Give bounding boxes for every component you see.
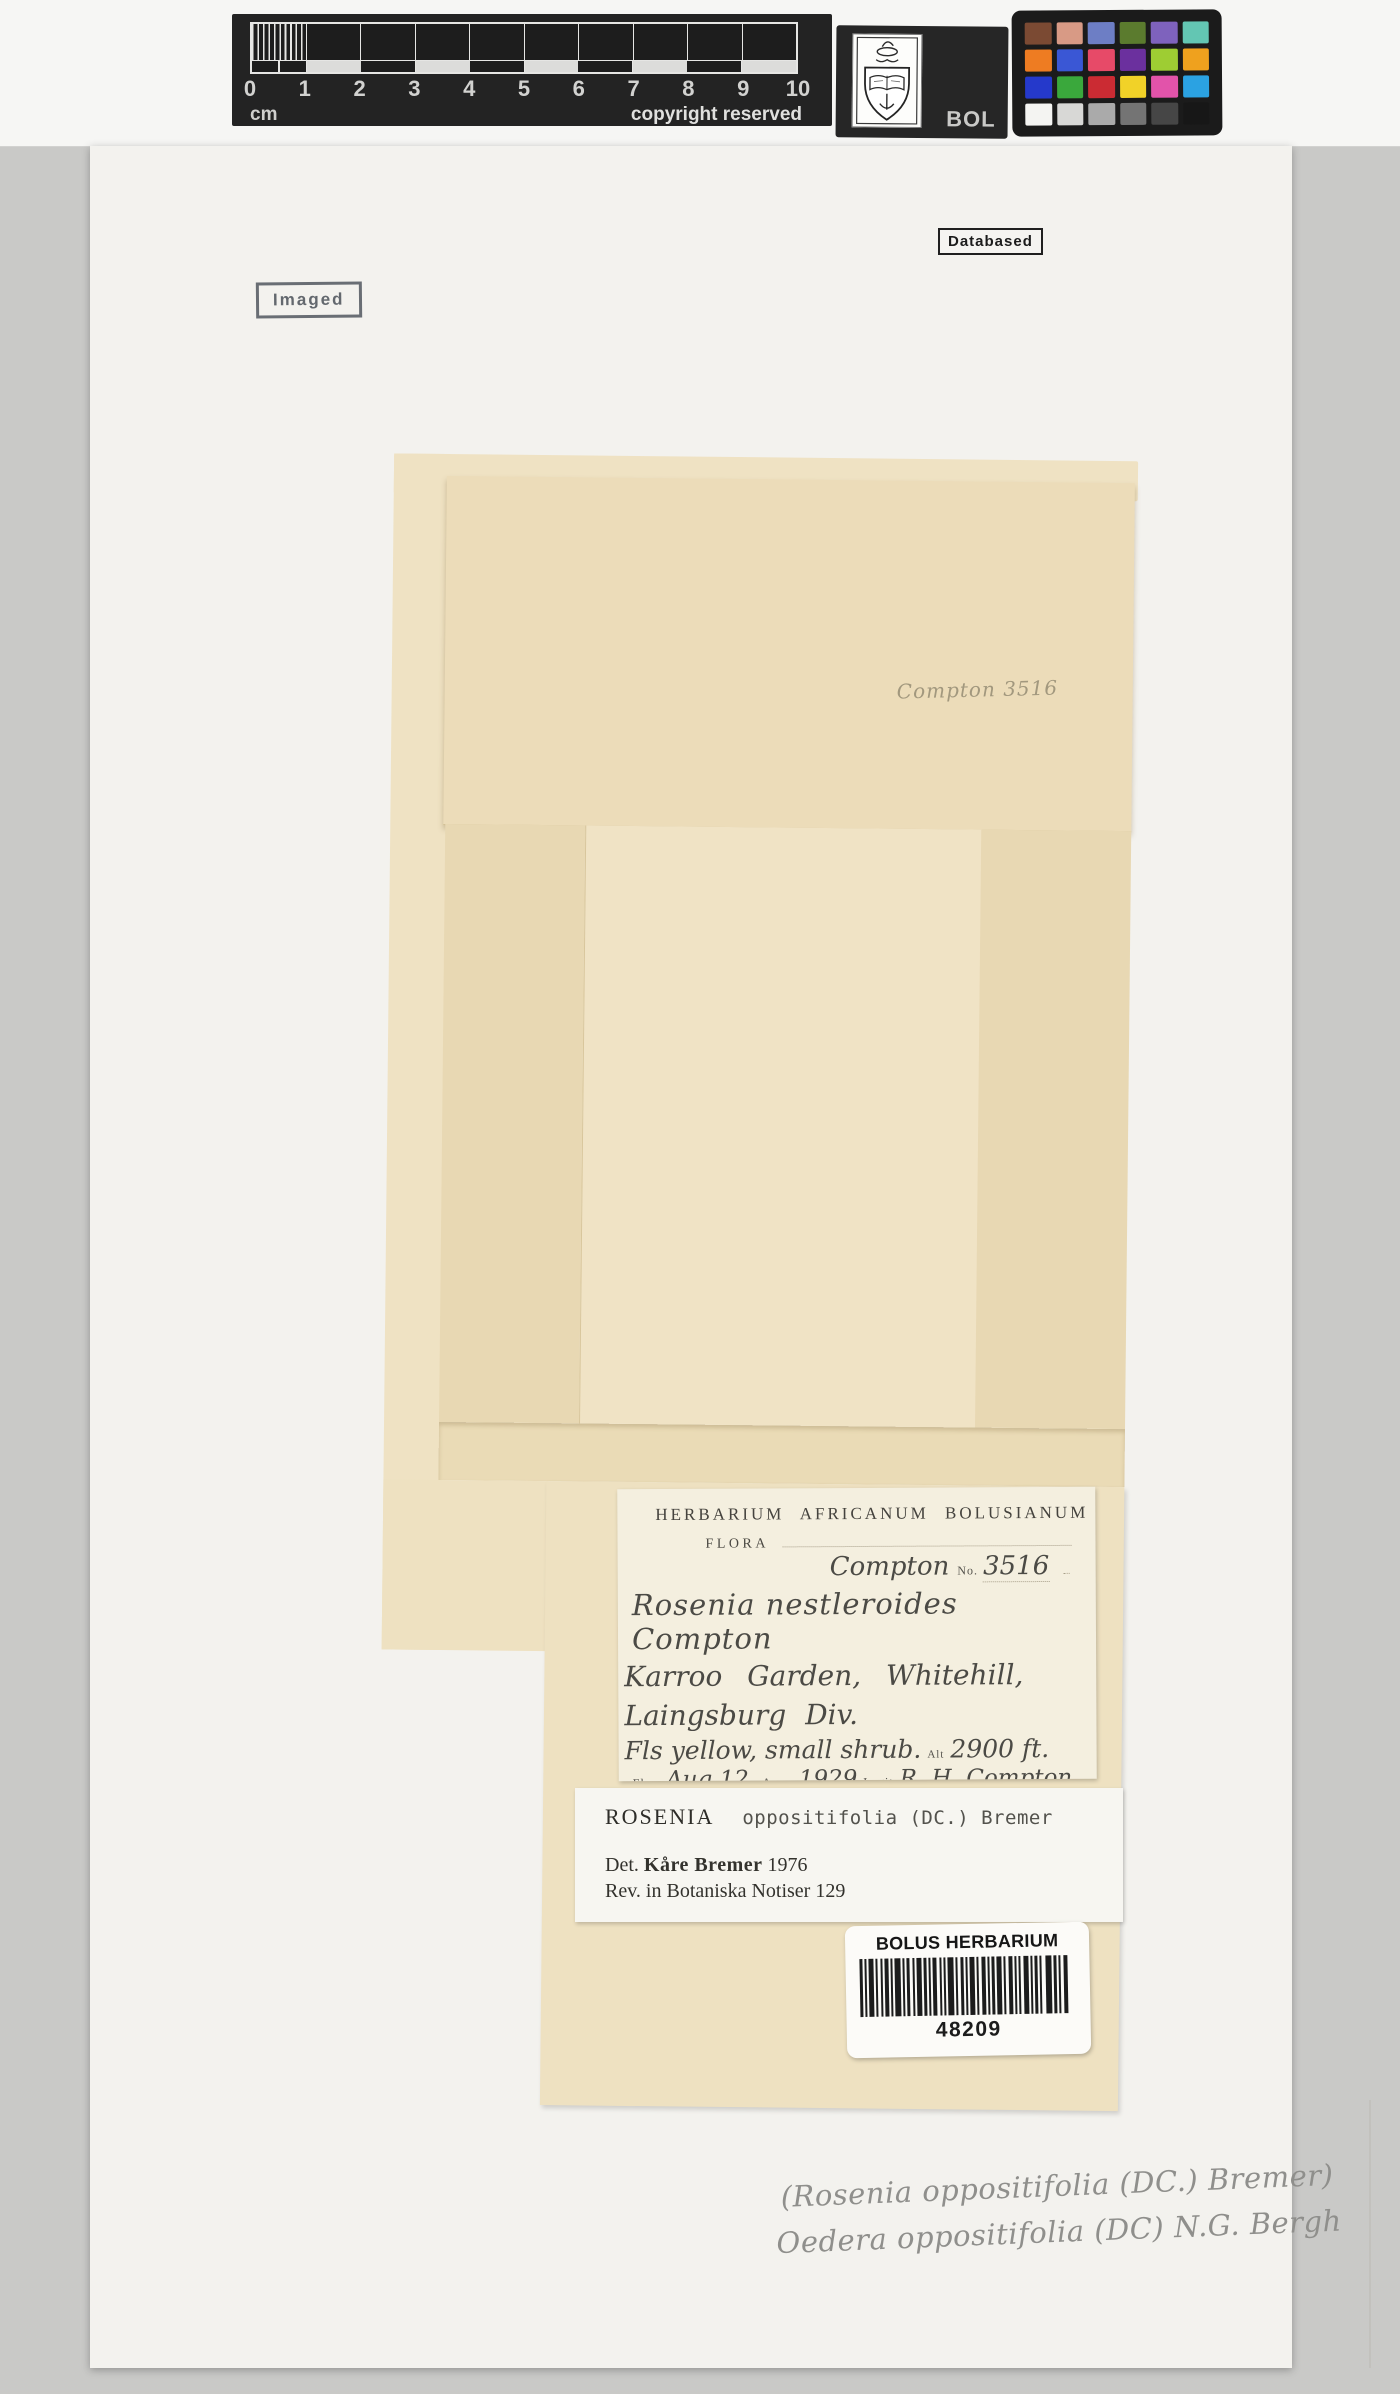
imaged-stamp: Imaged (256, 281, 362, 318)
number-prefix: No. (957, 1563, 978, 1578)
ruler-cm-cell (252, 24, 306, 60)
barcode-number: 48209 (936, 2017, 1002, 2042)
color-swatch (1057, 103, 1084, 125)
color-swatch (1183, 102, 1210, 124)
collection-number: 3516 (983, 1551, 1049, 1582)
barcode-title: BOLUS HERBARIUM (876, 1930, 1059, 1954)
ruler-half-cell (578, 61, 633, 72)
color-swatch (1151, 22, 1178, 44)
ruler-half-cell (252, 61, 307, 72)
ruler-number: 3 (408, 76, 420, 102)
ruler-copyright-label: copyright reserved (631, 104, 802, 126)
ruler-half-cell (687, 61, 742, 72)
color-chart-grid (1025, 21, 1210, 125)
ruler-half-cell (416, 61, 470, 72)
habit-notes: Fls yellow, small shrub. (625, 1735, 922, 1766)
ruler-half-cell (307, 61, 361, 72)
dotted-rule (783, 1544, 1072, 1548)
color-swatch (1088, 22, 1115, 44)
ruler-half-cell (470, 61, 525, 72)
scale-ruler: 012345678910 cm copyright reserved (232, 14, 832, 126)
color-swatch (1025, 49, 1052, 71)
ruler-half-cell (525, 61, 579, 72)
barcode-bar (1063, 1955, 1068, 2013)
ruler-cm-cell (578, 24, 633, 60)
altitude-value: 2900 ft. (950, 1734, 1049, 1764)
packet-lower-backing-left (382, 1479, 549, 1651)
color-swatch (1119, 22, 1146, 44)
color-swatch (1025, 76, 1052, 98)
color-swatch (1119, 49, 1146, 71)
flora-label: FLORA (705, 1536, 768, 1552)
det-by-row: Det. Kåre Bremer 1976 (605, 1854, 1123, 1877)
packet-bottom-fold (438, 1422, 1125, 1487)
ruler-cm-cell (633, 24, 688, 60)
ruler-cm-row (250, 22, 798, 60)
color-swatch (1088, 103, 1115, 125)
ruler-cm-cell (742, 24, 797, 60)
color-swatch (1183, 75, 1210, 97)
locality-line-1: Karroo Garden, Whitehill, (624, 1658, 1080, 1693)
ruler-number: 10 (786, 76, 810, 102)
ruler-number: 5 (518, 76, 530, 102)
color-swatch (1151, 76, 1178, 98)
label-flor-row: Flor. Aug 12. Anno 1929 Legit R. H. Comp… (627, 1765, 1083, 1781)
det-year: 1976 (768, 1854, 808, 1876)
ruler-half-cell (633, 61, 687, 72)
legit-value: R. H. Compton (900, 1765, 1073, 1781)
ruler-cm-cell (360, 24, 415, 60)
det-epithet: oppositifolia (DC.) Bremer (742, 1807, 1052, 1829)
ruler-cm-cell (469, 24, 524, 60)
color-swatch (1088, 76, 1115, 98)
color-swatch (1120, 76, 1147, 98)
ruler-cm-cell (415, 24, 470, 60)
color-swatch (1025, 22, 1052, 44)
ruler-number: 6 (573, 76, 585, 102)
ruler-number: 4 (463, 76, 475, 102)
det-name: Kåre Bremer (644, 1854, 763, 1876)
bol-logo-label: BOL (946, 106, 996, 132)
ruler-number: 1 (299, 76, 311, 102)
ruler-cm-cell (306, 24, 361, 60)
ruler-half-row (250, 60, 798, 74)
color-swatch (1182, 48, 1209, 70)
barcode-label: BOLUS HERBARIUM 48209 (845, 1922, 1091, 2059)
ruler-half-cell (742, 61, 796, 72)
label-header: HERBARIUM AFRICANUM BOLUSIANUM (655, 1503, 1095, 1525)
label-notes-row: Fls yellow, small shrub. Alt 2900 ft. (625, 1734, 1083, 1765)
ruler-number: 9 (737, 76, 749, 102)
color-swatch (1151, 103, 1178, 125)
collection-label: HERBARIUM AFRICANUM BOLUSIANUM FLORA Com… (617, 1487, 1097, 1781)
databased-stamp: Databased (938, 228, 1043, 255)
color-swatch (1056, 49, 1083, 71)
ruler-number: 2 (353, 76, 365, 102)
label-number-row: Compton No. 3516 (830, 1551, 1074, 1583)
flor-label: Flor. (633, 1776, 660, 1781)
ruler-unit-label: cm (250, 104, 277, 126)
color-calibration-chart (1012, 9, 1223, 136)
determination-label: ROSENIA oppositifolia (DC.) Bremer Det. … (575, 1788, 1123, 1922)
label-flora-row: FLORA (705, 1535, 1075, 1553)
color-swatch (1056, 22, 1083, 44)
university-crest-icon (852, 33, 923, 128)
ruler-number: 8 (682, 76, 694, 102)
ruler-number: 0 (244, 76, 256, 102)
flor-value: Aug 12. (666, 1767, 756, 1782)
packet-fold-right (975, 830, 1131, 1430)
color-swatch (1025, 103, 1052, 125)
bol-logo-block: BOL (836, 25, 1009, 138)
anno-label: Anno (762, 1775, 793, 1781)
alt-label: Alt (927, 1749, 944, 1761)
det-revision: Rev. in Botaniska Notiser 129 (605, 1880, 1123, 1903)
packet-fold-left (439, 824, 585, 1423)
barcode-bars (859, 1955, 1076, 2017)
packet-flap-annotation: Compton 3516 (896, 676, 1058, 704)
det-genus: ROSENIA (605, 1804, 714, 1830)
det-name-row: ROSENIA oppositifolia (DC.) Bremer (605, 1804, 1123, 1830)
ruler-scale (250, 22, 798, 74)
anno-value: 1929 (799, 1766, 858, 1781)
packet-flap (443, 476, 1135, 832)
ruler-half-cell (361, 61, 416, 72)
det-prefix: Det. (605, 1854, 639, 1876)
species-name: Rosenia nestleroides Compton (632, 1586, 1080, 1656)
color-swatch (1182, 21, 1209, 43)
ruler-number: 7 (627, 76, 639, 102)
ruler-cm-cell (524, 24, 579, 60)
locality-line-2: Laingsburg Div. (624, 1697, 1080, 1732)
collector-name: Compton (830, 1552, 950, 1583)
packet-center-panel (579, 825, 983, 1427)
color-swatch (1088, 49, 1115, 71)
herbarium-specimen-scan: 012345678910 cm copyright reserved BOL (0, 0, 1400, 2394)
dotted-rule (1063, 1572, 1069, 1574)
ruler-numbers: 012345678910 (250, 76, 798, 102)
sheet-edge-shadow (1369, 2100, 1371, 2368)
color-swatch (1057, 76, 1084, 98)
color-swatch (1151, 49, 1178, 71)
color-swatch (1120, 103, 1147, 125)
ruler-cm-cell (687, 24, 742, 60)
